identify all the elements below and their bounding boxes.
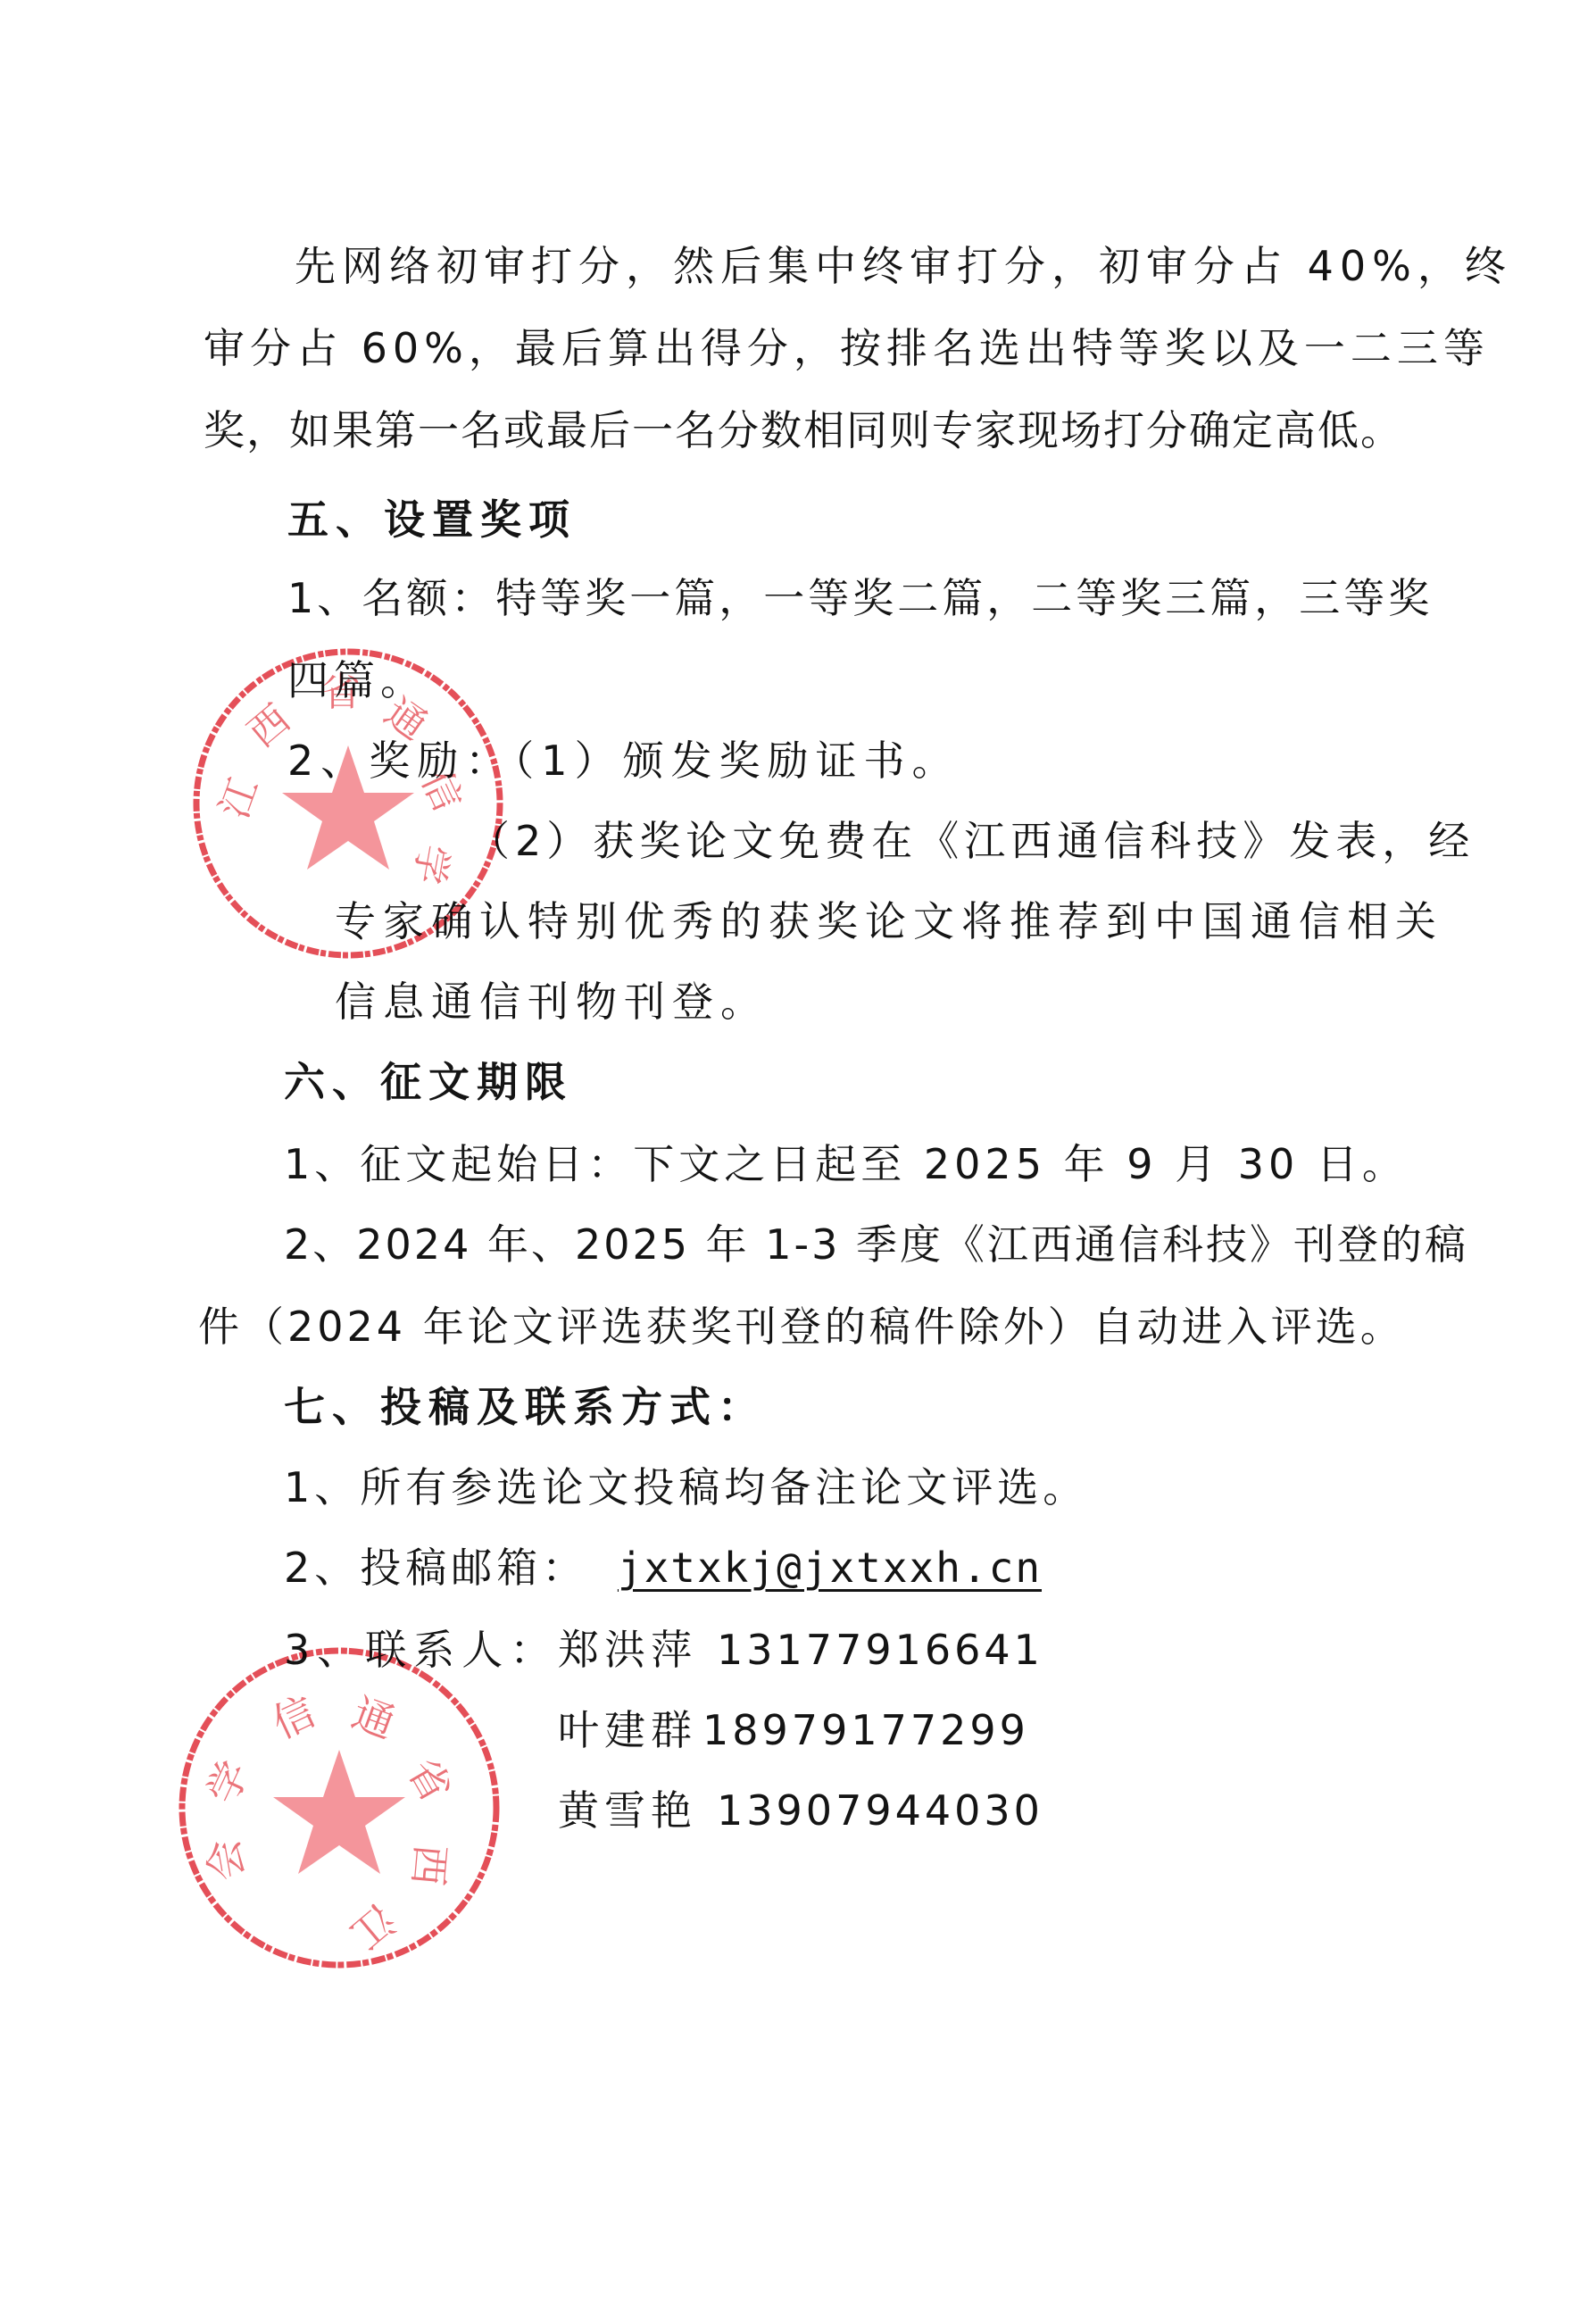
svg-text:学: 学 bbox=[197, 1753, 258, 1811]
official-seal-icon: 会 学 信 通 省 西 江 bbox=[174, 1643, 504, 1973]
section-5-item-2-line-1: 2、奖励：（1）颁发奖励证书。 bbox=[287, 734, 960, 787]
svg-text:学: 学 bbox=[405, 841, 457, 887]
document-page: 先网络初审打分，然后集中终审打分，初审分占 40%，终 审分占 60%，最后算出… bbox=[0, 0, 1596, 2314]
section-5-item-1-line-2: 四篇。 bbox=[287, 653, 427, 707]
contact-phone: 13907944030 bbox=[717, 1786, 1043, 1835]
intro-line-1: 先网络初审打分，然后集中终审打分，初审分占 40%，终 bbox=[295, 239, 1512, 293]
section-5-item-2-sub-2-line-3: 信息通信刊物刊登。 bbox=[335, 975, 769, 1028]
section-5-item-1-line-1: 1、名额：特等奖一篇，一等奖二篇，二等奖三篇，三等奖 bbox=[287, 571, 1433, 625]
svg-text:江: 江 bbox=[342, 1895, 404, 1959]
submission-email-link[interactable]: jxtxkj@jxtxxh.cn bbox=[618, 1544, 1042, 1592]
intro-line-3: 奖，如果第一名或最后一名分数相同则专家现场打分确定高低。 bbox=[204, 404, 1403, 457]
contact-row: 郑洪萍13177916641 bbox=[558, 1623, 1043, 1677]
section-6-item-2-line-2: 件（2024 年论文评选获奖刊登的稿件除外）自动进入评选。 bbox=[198, 1300, 1405, 1353]
svg-text:通: 通 bbox=[346, 1688, 402, 1747]
contact-name: 黄雪艳 bbox=[558, 1786, 697, 1835]
section-5-item-2-sub-2-line-1: （2）获奖论文免费在《江西通信科技》发表，经 bbox=[469, 814, 1475, 868]
contact-row: 黄雪艳13907944030 bbox=[558, 1784, 1043, 1837]
contact-phone: 18979177299 bbox=[702, 1706, 1029, 1754]
contacts-label: 3、联系人： bbox=[284, 1623, 558, 1677]
svg-text:西: 西 bbox=[403, 1843, 455, 1888]
section-7-item-1: 1、所有参选论文投稿均备注论文评选。 bbox=[284, 1461, 1088, 1514]
section-6-item-1: 1、征文起始日：下文之日起至 2025 年 9 月 30 日。 bbox=[284, 1137, 1408, 1191]
contact-row: 叶建群18979177299 bbox=[558, 1703, 1029, 1757]
svg-text:江: 江 bbox=[212, 772, 268, 825]
section-6-item-2-line-1: 2、2024 年、2025 年 1-3 季度《江西通信科技》刊登的稿 bbox=[284, 1218, 1468, 1271]
svg-text:信: 信 bbox=[265, 1687, 323, 1748]
contact-name: 郑洪萍 bbox=[558, 1626, 697, 1674]
section-7-heading: 七、投稿及联系方式： bbox=[284, 1380, 766, 1434]
contact-name: 叶建群 bbox=[558, 1706, 697, 1754]
section-5-heading: 五、设置奖项 bbox=[287, 493, 577, 546]
svg-text:会: 会 bbox=[198, 1835, 253, 1885]
contact-phone: 13177916641 bbox=[717, 1626, 1043, 1674]
intro-line-2: 审分占 60%，最后算出得分，按排名选出特等奖以及一二三等 bbox=[204, 321, 1490, 375]
section-7-item-2: 2、投稿邮箱： jxtxkj@jxtxxh.cn bbox=[284, 1541, 1042, 1594]
svg-text:省: 省 bbox=[398, 1750, 461, 1810]
section-6-heading: 六、征文期限 bbox=[284, 1055, 573, 1109]
email-label: 2、投稿邮箱： bbox=[284, 1544, 587, 1592]
section-5-item-2-sub-2-line-2: 专家确认特别优秀的获奖论文将推荐到中国通信相关 bbox=[335, 895, 1443, 948]
